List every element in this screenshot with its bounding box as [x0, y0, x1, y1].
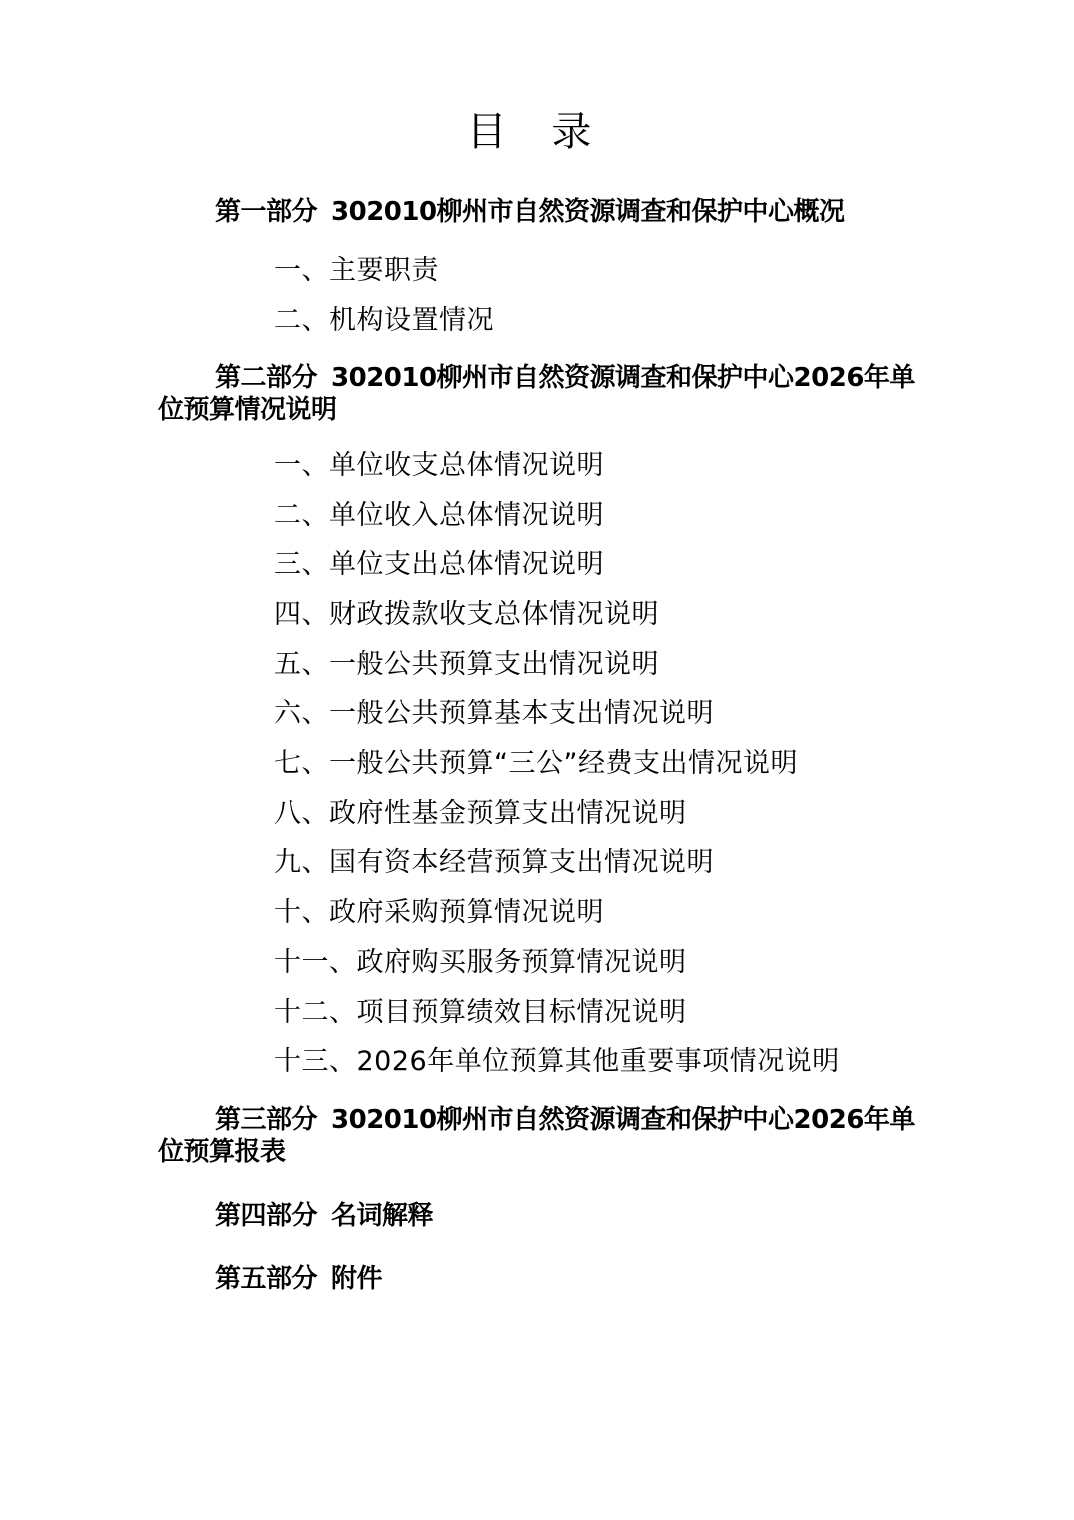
toc-item[interactable]: 二、单位收入总体情况说明 [274, 499, 604, 533]
toc-item[interactable]: 六、一般公共预算基本支出情况说明 [274, 697, 714, 731]
toc-item[interactable]: 十二、项目预算绩效目标情况说明 [274, 996, 687, 1030]
part-label: 第四部分 [215, 1201, 317, 1231]
toc-item[interactable]: 一、主要职责 [274, 254, 439, 288]
toc-item[interactable]: 十三、2026年单位预算其他重要事项情况说明 [274, 1045, 840, 1079]
toc-item[interactable]: 三、单位支出总体情况说明 [274, 548, 604, 582]
part-label: 第五部分 [215, 1264, 317, 1294]
part-title: 名词解释 [331, 1201, 433, 1231]
toc-item[interactable]: 七、一般公共预算“三公”经费支出情况说明 [274, 747, 798, 781]
toc-item[interactable]: 二、机构设置情况 [274, 304, 494, 338]
toc-item[interactable]: 四、财政拨款收支总体情况说明 [274, 598, 659, 632]
toc-part-2[interactable]: 第二部分302010柳州市自然资源调查和保护中心2026年单位预算情况说明 [158, 362, 938, 426]
toc-part-1[interactable]: 第一部分302010柳州市自然资源调查和保护中心概况 [158, 196, 938, 228]
toc-item[interactable]: 十一、政府购买服务预算情况说明 [274, 946, 687, 980]
part-label: 第一部分 [215, 197, 317, 227]
part-title: 附件 [331, 1264, 382, 1294]
page-title: 目 录 [0, 108, 1074, 156]
toc-item[interactable]: 一、单位收支总体情况说明 [274, 449, 604, 483]
toc-item[interactable]: 十、政府采购预算情况说明 [274, 896, 604, 930]
toc-item[interactable]: 五、一般公共预算支出情况说明 [274, 648, 659, 682]
part-label: 第二部分 [215, 363, 317, 393]
toc-item[interactable]: 八、政府性基金预算支出情况说明 [274, 797, 687, 831]
part-title: 302010柳州市自然资源调查和保护中心概况 [331, 197, 845, 227]
toc-part-5[interactable]: 第五部分附件 [158, 1263, 938, 1295]
part-label: 第三部分 [215, 1105, 317, 1135]
toc-item[interactable]: 九、国有资本经营预算支出情况说明 [274, 846, 714, 880]
toc-part-3[interactable]: 第三部分302010柳州市自然资源调查和保护中心2026年单位预算报表 [158, 1104, 938, 1168]
toc-part-4[interactable]: 第四部分名词解释 [158, 1200, 938, 1232]
